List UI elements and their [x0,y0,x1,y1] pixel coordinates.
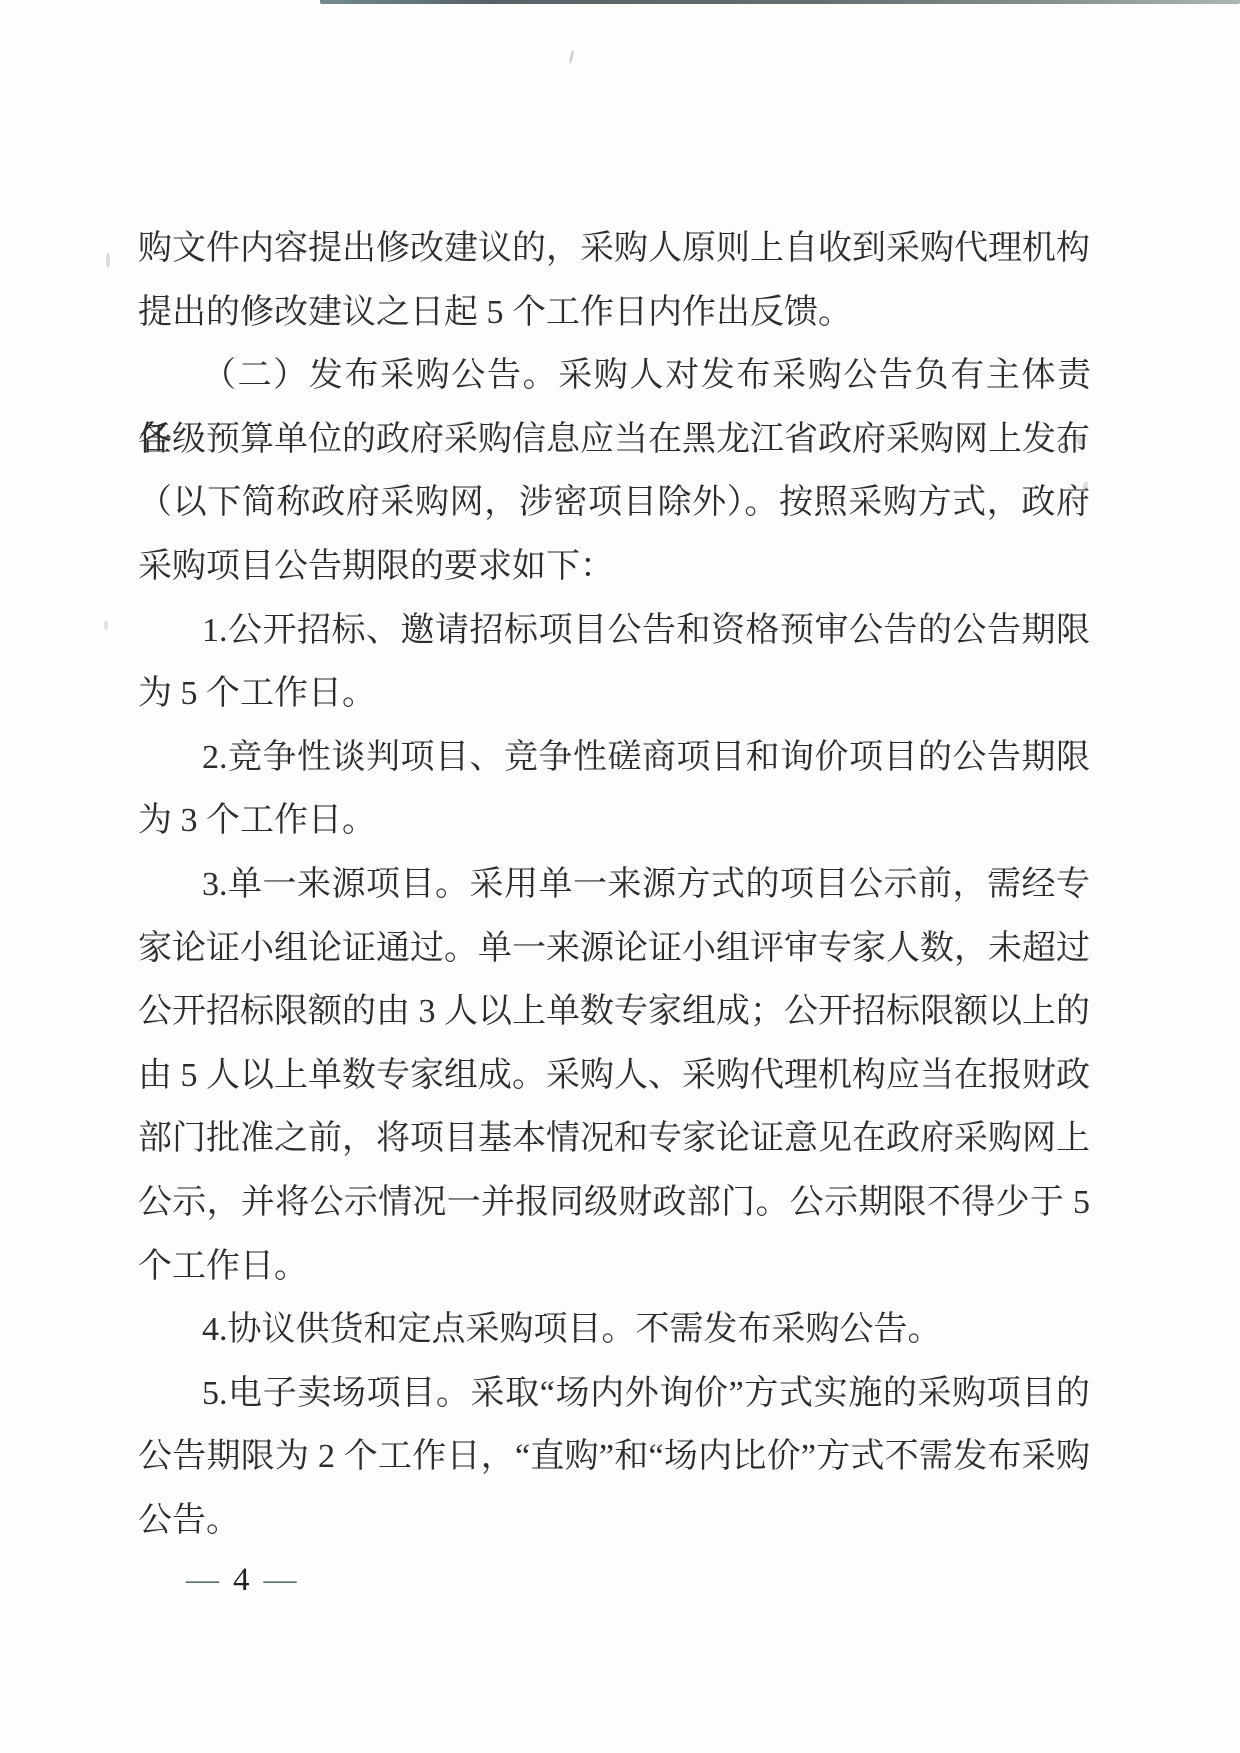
text-line: 购文件内容提出修改建议的，采购人原则上自收到采购代理机构 [138,217,1090,281]
document-page: 购文件内容提出修改建议的，采购人原则上自收到采购代理机构 提出的修改建议之日起 … [0,0,1240,1753]
text-line: 3.单一来源项目。采用单一来源方式的项目公示前，需经专 [138,853,1090,917]
text-line: 为 5 个工作日。 [138,662,1090,726]
text-line: 5.电子卖场项目。采取“场内外询价”方式实施的采购项目的 [138,1362,1090,1426]
text-line: 个工作日。 [138,1235,1090,1299]
text-line: 各级预算单位的政府采购信息应当在黑龙江省政府采购网上发布 [138,408,1090,472]
text-line: 由 5 人以上单数专家组成。采购人、采购代理机构应当在报财政 [138,1044,1090,1108]
document-body: 购文件内容提出修改建议的，采购人原则上自收到采购代理机构 提出的修改建议之日起 … [138,217,1090,1552]
page-number: —4— [186,1562,301,1599]
page-number-dash-left: — [186,1562,223,1598]
page-number-value: 4 [223,1562,264,1598]
text-line: 部门批准之前，将项目基本情况和专家论证意见在政府采购网上 [138,1107,1090,1171]
scan-speckle [106,253,110,268]
text-line: 家论证小组论证通过。单一来源论证小组评审专家人数，未超过 [138,917,1090,981]
text-line: （二）发布采购公告。采购人对发布采购公告负有主体责任。 [138,344,1090,408]
scan-speckle [569,50,575,64]
scan-speckle [104,620,108,630]
text-line: 采购项目公告期限的要求如下： [138,535,1090,599]
text-line: 公告。 [138,1489,1090,1553]
text-line: 为 3 个工作日。 [138,789,1090,853]
text-line: 公告期限为 2 个工作日，“直购”和“场内比价”方式不需发布采购 [138,1425,1090,1489]
text-line: 公开招标限额的由 3 人以上单数专家组成；公开招标限额以上的 [138,980,1090,1044]
text-line: 1.公开招标、邀请招标项目公告和资格预审公告的公告期限 [138,599,1090,663]
text-line: 4.协议供货和定点采购项目。不需发布采购公告。 [138,1298,1090,1362]
page-number-dash-right: — [264,1562,301,1598]
text-line: （以下简称政府采购网，涉密项目除外）。按照采购方式，政府 [138,471,1090,535]
text-line: 公示，并将公示情况一并报同级财政部门。公示期限不得少于 5 [138,1171,1090,1235]
text-line: 提出的修改建议之日起 5 个工作日内作出反馈。 [138,281,1090,345]
text-line: 2.竞争性谈判项目、竞争性磋商项目和询价项目的公告期限 [138,726,1090,790]
scan-edge-artifact [320,0,1240,4]
